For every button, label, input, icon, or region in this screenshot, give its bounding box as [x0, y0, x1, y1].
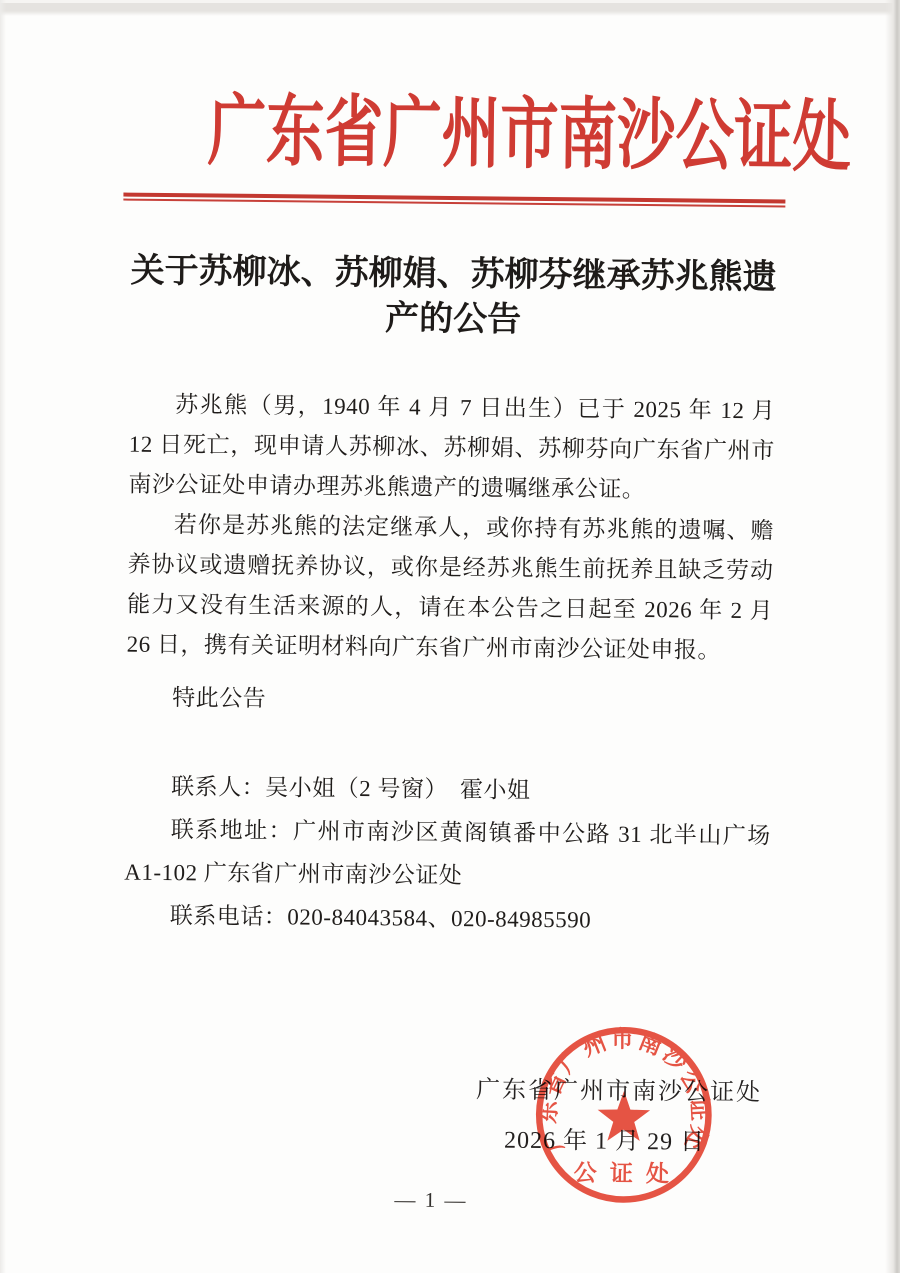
contact-phone-line: 联系电话：020-84043584、020-84985590	[124, 894, 770, 944]
seal-bottom-text: 公 证 处	[574, 1161, 673, 1187]
scanned-document-page: 广东省广州市南沙公证处 关于苏柳冰、苏柳娟、苏柳芬继承苏兆熊遗 产的公告 苏兆熊…	[0, 0, 900, 1273]
notice-title-line-2: 产的公告	[103, 293, 803, 345]
notice-title: 关于苏柳冰、苏柳娟、苏柳芬继承苏兆熊遗 产的公告	[103, 248, 804, 345]
official-seal: 广东省广州市南沙公证处 公 证 处	[531, 1022, 717, 1208]
closing-line: 特此公告	[126, 678, 772, 725]
notice-body: 苏兆熊（男，1940 年 4 月 7 日出生）已于 2025 年 12 月 12…	[124, 385, 776, 944]
body-paragraph-2: 若你是苏兆熊的法定继承人，或你持有苏兆熊的遗嘱、赡养协议或遗赠抚养协议，或你是经…	[127, 505, 775, 672]
star-icon	[597, 1091, 650, 1142]
official-seal-graphic: 广东省广州市南沙公证处 公 证 处	[531, 1022, 717, 1208]
body-paragraph-1: 苏兆熊（男，1940 年 4 月 7 日出生）已于 2025 年 12 月 12…	[128, 385, 775, 512]
letterhead-org-name: 广东省广州市南沙公证处	[207, 91, 703, 176]
document-content: 广东省广州市南沙公证处 关于苏柳冰、苏柳娟、苏柳芬继承苏兆熊遗 产的公告 苏兆熊…	[0, 0, 900, 1273]
notice-title-line-1: 关于苏柳冰、苏柳娟、苏柳芬继承苏兆熊遗	[103, 248, 803, 300]
letterhead-double-rule	[123, 193, 785, 208]
contact-person-line: 联系人：吴小姐（2 号窗） 霍小姐	[125, 765, 771, 815]
page-number: — 1 —	[0, 1183, 881, 1217]
contact-address-line: 联系地址：广州市南沙区黄阁镇番中公路 31 北半山广场 A1-102 广东省广州…	[124, 808, 771, 901]
contact-block: 联系人：吴小姐（2 号窗） 霍小姐 联系地址：广州市南沙区黄阁镇番中公路 31 …	[124, 765, 772, 944]
